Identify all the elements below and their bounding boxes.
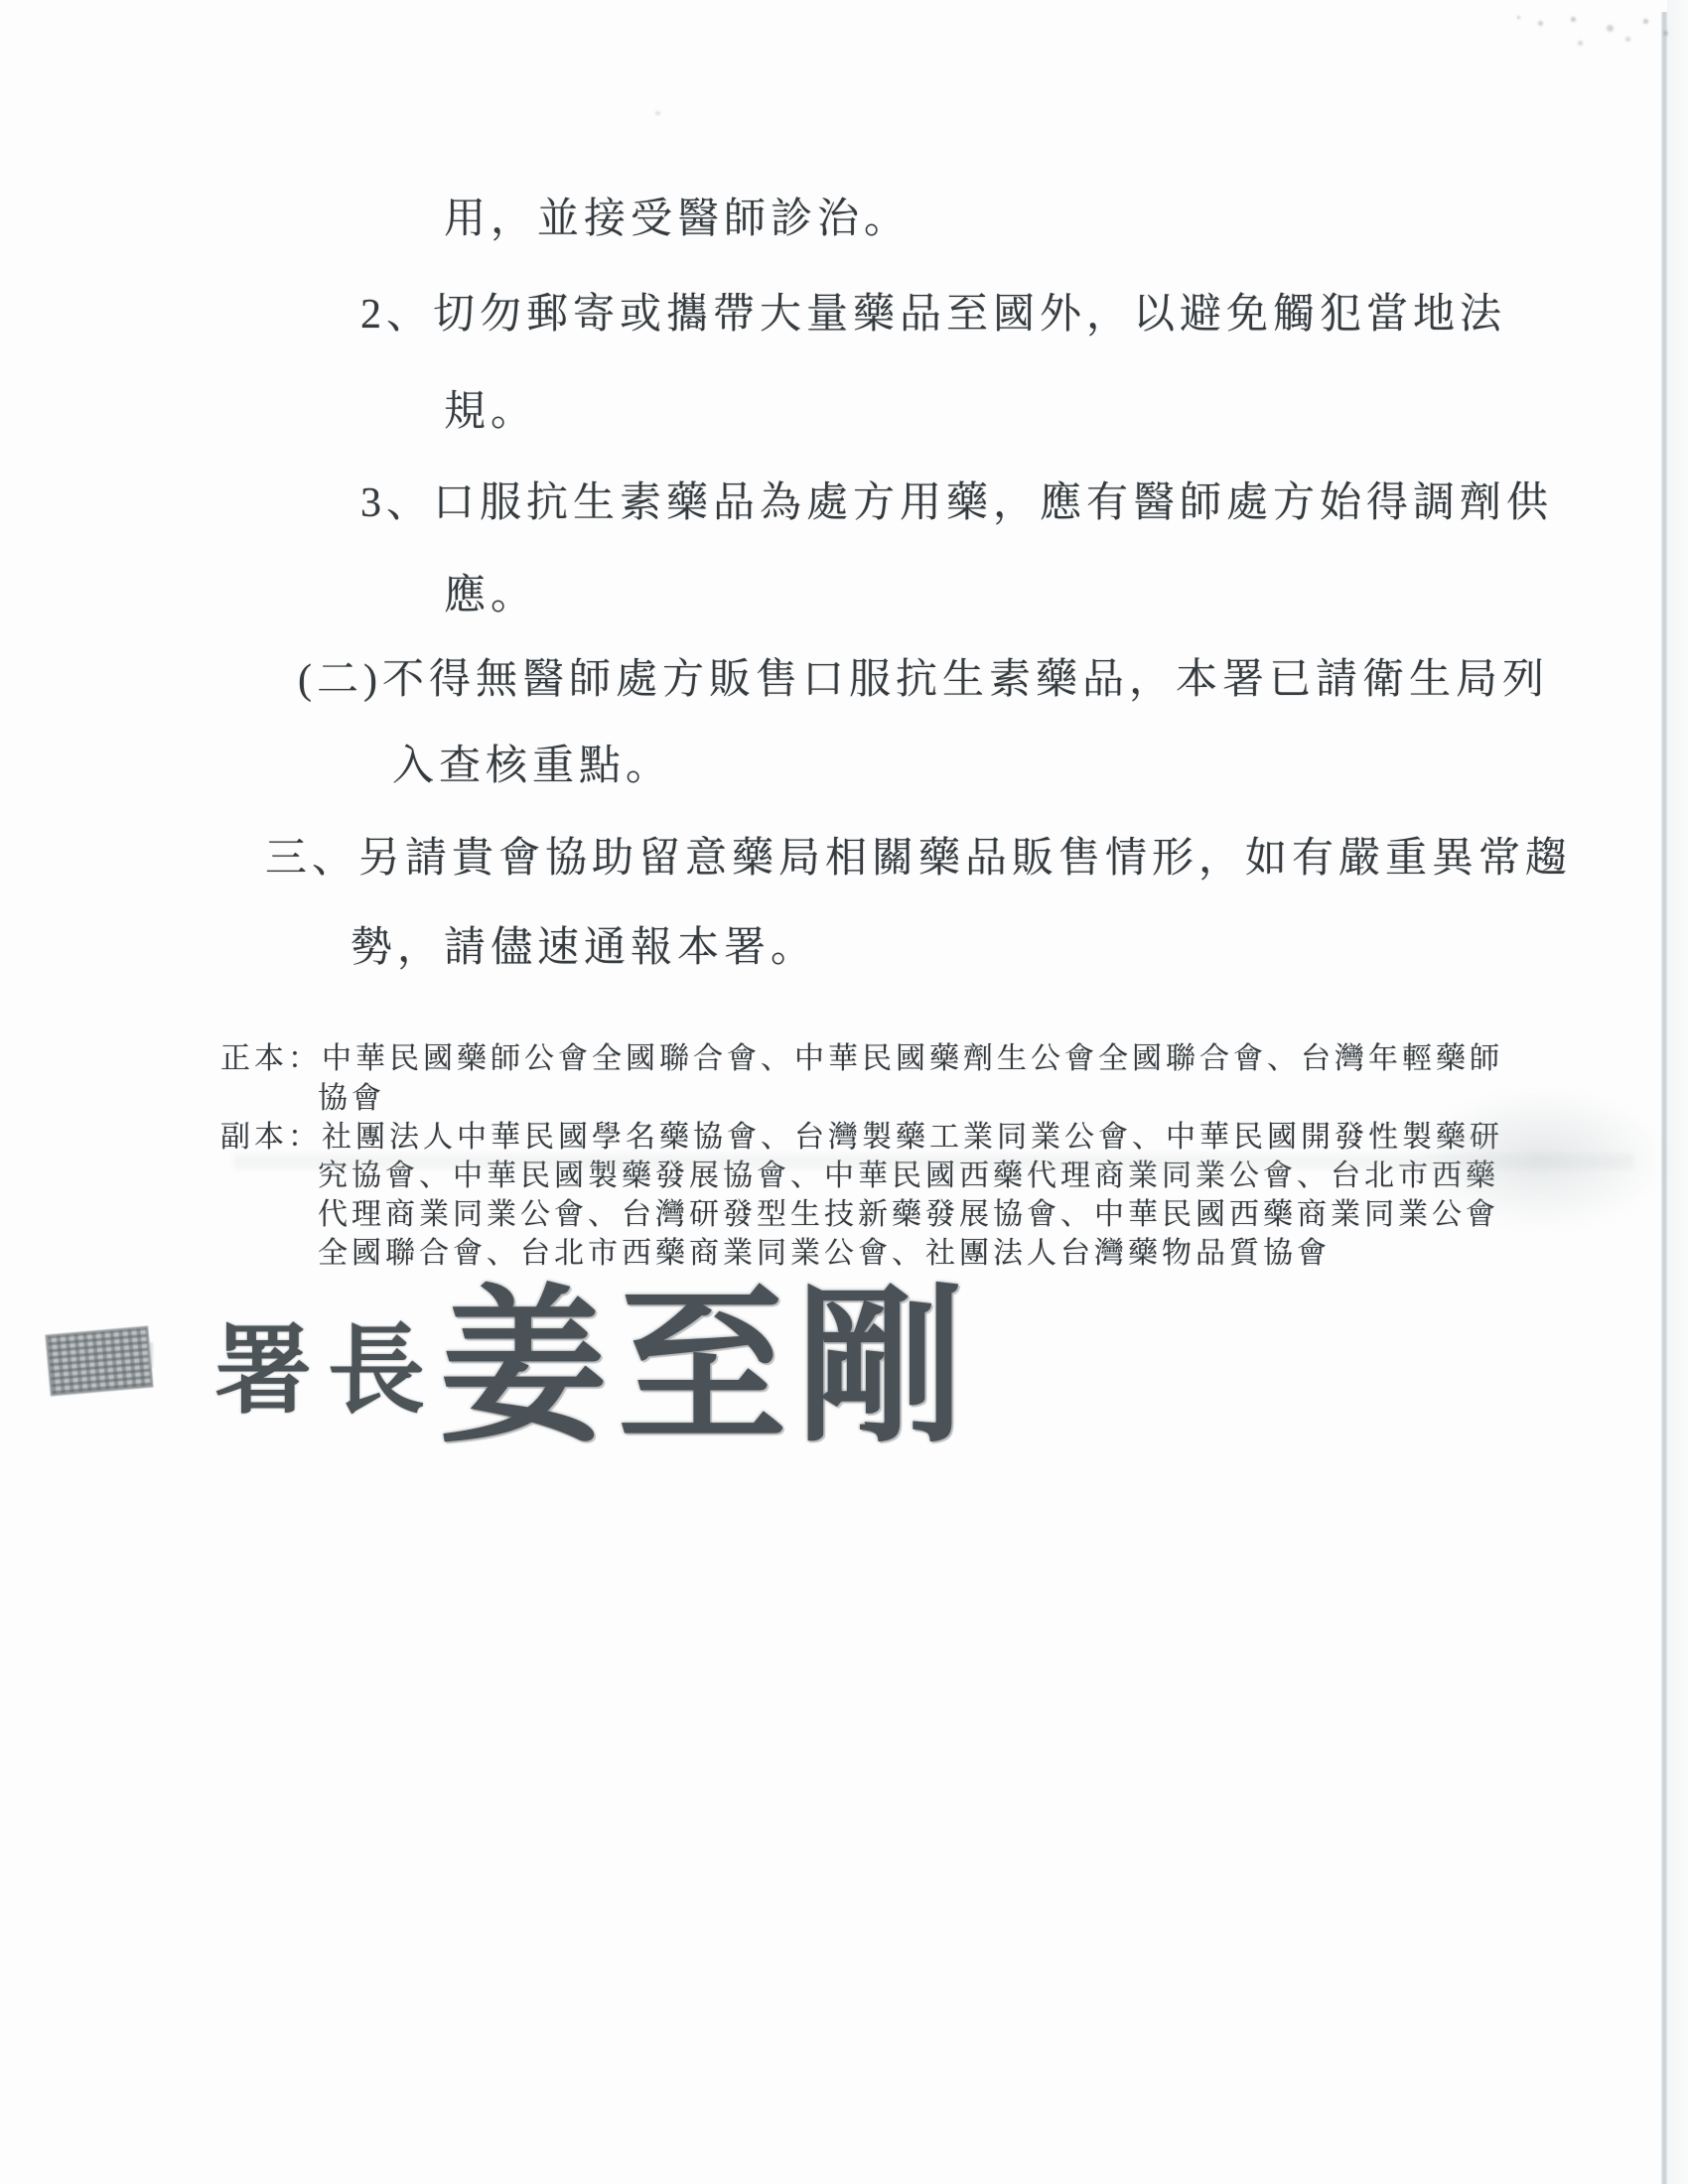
distribution-original-label: 正本： — [220, 1040, 322, 1078]
body-line: (二)不得無醫師處方販售口服抗生素藥品，本署已請衛生局列 — [298, 655, 1549, 705]
distribution-original-continuation: 協會 — [318, 1080, 385, 1118]
body-line: 2、切勿郵寄或攜帶大量藥品至國外，以避免觸犯當地法 — [360, 290, 1506, 340]
distribution-original-row: 正本： 中華民國藥師公會全國聯合會、中華民國藥劑生公會全國聯合會、台灣年輕藥師 — [220, 1040, 1503, 1078]
distribution-original-text: 中華民國藥師公會全國聯合會、中華民國藥劑生公會全國聯合會、台灣年輕藥師 — [322, 1040, 1503, 1078]
distribution-copy-text: 代理商業同業公會、台灣研發型生技新藥發展協會、中華民國西藥商業同業公會 — [318, 1196, 1499, 1234]
official-seal-stamp-icon — [45, 1326, 153, 1397]
signature-title: 署長 — [214, 1316, 441, 1429]
distribution-copy-text: 全國聯合會、台北市西藥商業同業公會、社團法人台灣藥物品質協會 — [318, 1235, 1331, 1273]
scan-speck — [149, 1342, 153, 1368]
body-line: 勢，請儘速通報本署。 — [351, 923, 817, 973]
distribution-copy-label: 副本： — [220, 1119, 322, 1157]
signature-name: 姜至剛 — [439, 1273, 975, 1467]
distribution-copy-row: 副本： 社團法人中華民國學名藥協會、台灣製藥工業同業公會、中華民國開發性製藥研 — [220, 1119, 1503, 1157]
body-line: 三、另請貴會協助留意藥局相關藥品販售情形，如有嚴重異常趨 — [265, 834, 1572, 884]
body-line: 應。 — [444, 571, 537, 620]
scan-speck — [655, 111, 660, 115]
scan-smudge — [233, 1154, 1633, 1169]
body-line: 3、口服抗生素藥品為處方用藥，應有醫師處方始得調劑供 — [360, 478, 1553, 528]
distribution-copy-text: 社團法人中華民國學名藥協會、台灣製藥工業同業公會、中華民國開發性製藥研 — [322, 1119, 1503, 1157]
body-line: 入查核重點。 — [392, 742, 672, 791]
body-line: 用，並接受醫師診治。 — [444, 195, 911, 244]
distribution-copy-continuation: 全國聯合會、台北市西藥商業同業公會、社團法人台灣藥物品質協會 — [318, 1235, 1331, 1273]
scan-speckles — [1517, 16, 1520, 19]
scanned-official-letter-page: 用，並接受醫師診治。 2、切勿郵寄或攜帶大量藥品至國外，以避免觸犯當地法 規。 … — [0, 0, 1688, 2184]
scan-right-margin — [1667, 0, 1688, 2184]
distribution-copy-continuation: 代理商業同業公會、台灣研發型生技新藥發展協會、中華民國西藥商業同業公會 — [318, 1196, 1499, 1234]
body-line: 規。 — [444, 387, 537, 437]
distribution-original-text: 協會 — [318, 1080, 385, 1118]
